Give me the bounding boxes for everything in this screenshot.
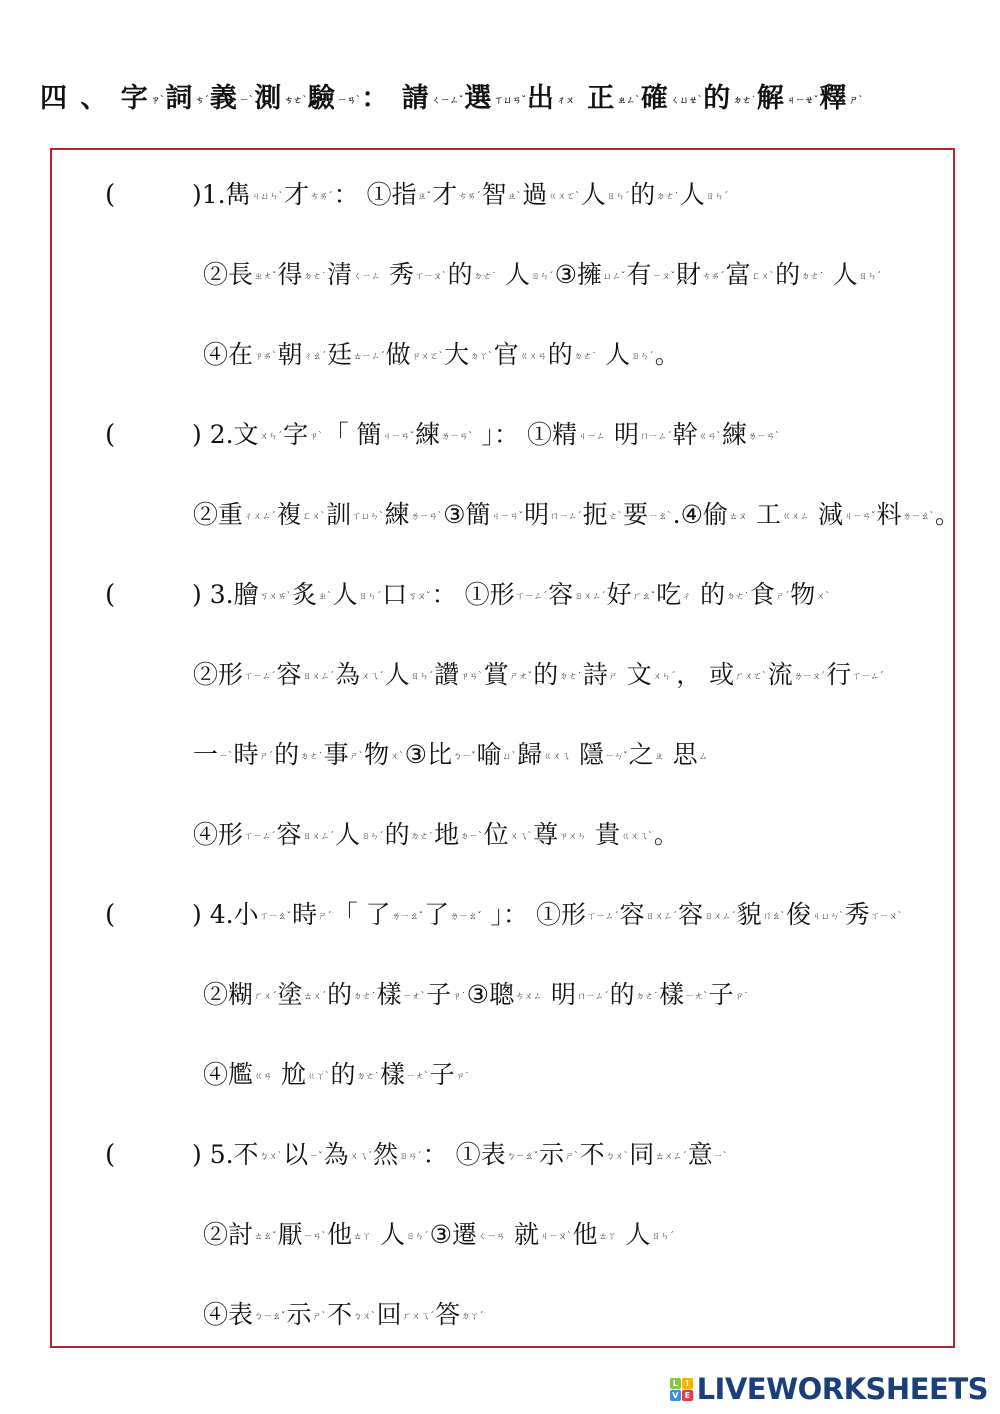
liveworksheets-logo-icon: L I V E	[670, 1378, 693, 1401]
zhuyin-annotation: ㄅㄧㄠˇ	[507, 1152, 539, 1162]
zhuyin-annotation: ㄇㄧㄥˊ	[550, 512, 582, 522]
zhuyin-annotation: ㄘㄞˊ	[458, 192, 481, 202]
zhuyin-annotation: ㄒㄧㄡˋ	[415, 272, 447, 282]
zhuyin-annotation: ㄗ˙	[456, 1072, 470, 1082]
zhuyin-annotation: ㄍㄨㄛˋ	[548, 192, 580, 202]
zhuyin-annotation: ㄗㄨㄛˋ	[412, 352, 444, 362]
zhuyin-annotation: ㄨㄟˋ	[510, 832, 533, 842]
question-4-options-line-3: ④尷ㄍㄢ 尬ㄍㄚˋ的ㄉㄜ˙樣ㄧㄤˋ子ㄗ˙	[203, 1058, 470, 1094]
zhuyin-annotation: ㄖㄢˊ	[399, 1152, 422, 1162]
question-5-options-line-2: ②討ㄊㄠˇ厭ㄧㄢˋ他ㄊㄚ 人ㄖㄣˊ③遷ㄑㄧㄢ 就ㄐㄧㄡˋ他ㄊㄚ 人ㄖㄣˊ	[203, 1218, 675, 1254]
zhuyin-annotation: ㄖㄣˊ	[531, 272, 554, 282]
zhuyin-annotation: ㄒㄧㄡˋ	[871, 912, 903, 922]
zhuyin-annotation: ㄇㄠˋ	[763, 912, 786, 922]
zhuyin-annotation: ㄨˋ	[390, 752, 404, 762]
zhuyin-annotation: ㄖㄣˊ	[359, 592, 382, 602]
zhuyin-annotation: ㄒㄩㄣˋ	[352, 512, 384, 522]
zhuyin-annotation: ㄌㄧㄢˋ	[411, 512, 443, 522]
answer-input-3[interactable]	[120, 578, 194, 614]
zhuyin-annotation: ㄖㄣˊ	[361, 832, 384, 842]
zhuyin-annotation: ㄘㄞˊ	[702, 272, 725, 282]
zhuyin-annotation: ㄖㄨㄥˊ	[303, 832, 335, 842]
zhuyin-annotation: ㄒㄧㄥˊ	[244, 672, 276, 682]
zhuyin-annotation: ㄒㄧㄥˊ	[244, 832, 276, 842]
question-3-options-line-3: 一ㄧˋ時ㄕˊ的ㄉㄜ˙事ㄕˋ物ㄨˋ③比ㄅㄧˇ喻ㄩˋ歸ㄍㄨㄟ 隱ㄧㄣˇ之ㄓ 思ㄙ	[193, 738, 709, 774]
zhuyin-annotation: ㄊㄨˊ	[304, 992, 327, 1002]
question-5-stem: ) 5.不ㄅㄨˋ以ㄧˇ為ㄨㄟˊ然ㄖㄢˊ： ①表ㄅㄧㄠˇ示ㄕˋ不ㄅㄨˋ同ㄊㄨㄥˊ意…	[192, 1138, 728, 1174]
question-1-options-line-2: ②長ㄓㄤˇ得ㄉㄜ˙清ㄑㄧㄥ 秀ㄒㄧㄡˋ的ㄉㄜ˙ 人ㄖㄣˊ③擁ㄩㄥˇ有ㄧㄡˇ財ㄘㄞ…	[203, 258, 882, 294]
question-4-options-line-2: ②糊ㄏㄨˊ塗ㄊㄨˊ的ㄉㄜ˙樣ㄧㄤˋ子ㄗ˙③聰ㄘㄨㄥ 明ㄇㄧㄥˊ的ㄉㄜ˙樣ㄧㄤˋ子…	[203, 978, 749, 1014]
zhuyin-annotation: ㄘㄨㄥ	[515, 992, 542, 1002]
zhuyin-annotation: ㄔㄨㄥˊ	[244, 512, 276, 522]
zhuyin-annotation: ㄏㄠˇ	[633, 592, 656, 602]
answer-paren-4: (	[105, 898, 115, 932]
zhuyin-annotation: ㄖㄣˊ	[411, 672, 434, 682]
zhuyin-annotation: ㄕˋ	[565, 1152, 579, 1162]
zhuyin-annotation: ㄇㄧㄥˊ	[640, 432, 672, 442]
zhuyin-annotation: ㄉㄜ˙	[300, 752, 323, 762]
zhuyin-annotation: ㄒㄧㄥˊ	[516, 592, 548, 602]
zhuyin-annotation: ㄍㄨㄟˋ	[621, 832, 653, 842]
zhuyin-annotation: ㄌㄧㄠˋ	[902, 512, 934, 522]
zhuyin-annotation: ㄅㄧˇ	[453, 752, 476, 762]
zhuyin-annotation: ㄔㄠˊ	[304, 352, 327, 362]
zhuyin-annotation: ㄉㄚˋ	[470, 352, 493, 362]
zhuyin-annotation: ㄖㄨㄥˊ	[303, 672, 335, 682]
zhuyin-annotation: ㄩˋ	[503, 752, 517, 762]
zhuyin-annotation: ㄕˊ	[318, 912, 332, 922]
answer-paren-2: (	[105, 418, 115, 452]
zhuyin-annotation: ㄓˋ	[508, 192, 522, 202]
logo-tile-i: I	[682, 1378, 693, 1389]
answer-input-4[interactable]	[120, 898, 194, 934]
zhuyin-annotation: ㄧㄠˋ	[649, 512, 672, 522]
zhuyin-annotation: ㄉㄜ˙	[636, 992, 659, 1002]
zhuyin-annotation: ㄩㄥˇ	[603, 272, 626, 282]
zhuyin-annotation: ㄖㄣˊ	[406, 1232, 429, 1242]
zhuyin-annotation: ㄍㄨㄢ	[520, 352, 547, 362]
zhuyin-annotation: ㄉㄜ˙	[304, 272, 327, 282]
question-3-stem: ) 3.膾ㄎㄨㄞˋ炙ㄓˋ人ㄖㄣˊ口ㄎㄡˇ： ①形ㄒㄧㄥˊ容ㄖㄨㄥˊ好ㄏㄠˇ吃ㄔ …	[192, 578, 831, 614]
zhuyin-annotation: ㄈㄨˋ	[752, 272, 775, 282]
zhuyin-annotation: ㄗˋ	[309, 432, 323, 442]
zhuyin-annotation: ㄙ	[699, 752, 708, 762]
answer-input-1[interactable]	[120, 178, 194, 214]
zhuyin-annotation: ㄧˋ	[219, 752, 233, 762]
zhuyin-annotation: ㄗ˙	[452, 992, 466, 1002]
zhuyin-annotation: ㄐㄧㄝˇ	[787, 96, 819, 106]
zhuyin-annotation: ㄅㄨˋ	[260, 1152, 283, 1162]
zhuyin-annotation: ㄉㄚˊ	[461, 1312, 484, 1322]
zhuyin-annotation: ㄖㄨㄥˊ	[704, 912, 736, 922]
liveworksheets-brand: L I V E LIVEWORKSHEETS	[670, 1372, 988, 1406]
zhuyin-annotation: ㄉㄜ˙	[559, 672, 582, 682]
zhuyin-annotation: ㄏㄨˊ	[254, 992, 277, 1002]
logo-tile-l: L	[670, 1378, 681, 1389]
zhuyin-annotation: ㄐㄧㄥ	[578, 432, 605, 442]
zhuyin-annotation: ㄨㄣˊ	[653, 672, 676, 682]
zhuyin-annotation: ㄍㄢ	[254, 1072, 272, 1082]
zhuyin-annotation: ㄓˇ	[418, 192, 432, 202]
question-1-options-line-3: ④在ㄗㄞˋ朝ㄔㄠˊ廷ㄊㄧㄥˊ做ㄗㄨㄛˋ大ㄉㄚˋ官ㄍㄨㄢ的ㄉㄜ˙ 人ㄖㄣˊ。	[203, 338, 680, 374]
zhuyin-annotation: ㄨㄟˊ	[350, 1152, 373, 1162]
zhuyin-annotation: ㄉㄜ˙	[353, 992, 376, 1002]
zhuyin-annotation: ㄘㄞˊ	[310, 192, 333, 202]
zhuyin-annotation: ㄕㄤˇ	[510, 672, 533, 682]
brand-text: LIVEWORKSHEETS	[697, 1372, 988, 1406]
zhuyin-annotation: ㄉㄧˋ	[460, 832, 483, 842]
zhuyin-annotation: ㄕˋ	[849, 96, 863, 106]
zhuyin-annotation: ㄑㄧㄥˇ	[432, 96, 464, 106]
zhuyin-annotation: ㄊㄡ	[729, 512, 747, 522]
zhuyin-annotation: ㄉㄜ˙	[574, 352, 597, 362]
zhuyin-annotation: ㄗㄢˋ	[460, 672, 483, 682]
zhuyin-annotation: ㄅㄧㄠˇ	[254, 1312, 286, 1322]
question-1-stem: )1.雋ㄐㄩㄣˋ才ㄘㄞˊ： ①指ㄓˇ才ㄘㄞˊ智ㄓˋ過ㄍㄨㄛˋ人ㄖㄣˊ的ㄉㄜ˙人ㄖ…	[192, 178, 729, 214]
zhuyin-annotation: ㄏㄨㄛˋ	[735, 672, 767, 682]
zhuyin-annotation: ㄖㄨㄥˊ	[574, 592, 606, 602]
zhuyin-annotation: ㄉㄜ˙	[726, 592, 749, 602]
zhuyin-annotation: ㄗ˙	[735, 992, 749, 1002]
zhuyin-annotation: ㄕˋ	[313, 1312, 327, 1322]
zhuyin-annotation: ㄒㄩㄢˇ	[494, 96, 526, 106]
zhuyin-annotation: ㄉㄜ˙	[801, 272, 824, 282]
zhuyin-annotation: ㄖㄣˊ	[859, 272, 882, 282]
zhuyin-annotation: ㄧˋ	[714, 1152, 728, 1162]
zhuyin-annotation: ㄊㄠˇ	[254, 1232, 277, 1242]
zhuyin-annotation: ㄅㄨˋ	[353, 1312, 376, 1322]
zhuyin-annotation: ㄐㄩㄣˋ	[252, 192, 284, 202]
zhuyin-annotation: ㄓㄥˋ	[617, 96, 640, 106]
zhuyin-annotation: ㄕˊ	[260, 752, 274, 762]
zhuyin-annotation: ㄧㄢˋ	[338, 96, 361, 106]
zhuyin-annotation: ㄉㄜ˙	[411, 832, 434, 842]
zhuyin-annotation: ㄒㄧㄥˊ	[852, 672, 884, 682]
zhuyin-annotation: ㄉㄜ˙	[733, 96, 756, 106]
zhuyin-annotation: ㄊㄚ	[598, 1232, 616, 1242]
zhuyin-annotation: ㄌㄧㄢˋ	[441, 432, 473, 442]
answer-paren-3: (	[105, 578, 115, 612]
zhuyin-annotation: ㄑㄩㄝˋ	[671, 96, 703, 106]
zhuyin-annotation: ㄓㄤˇ	[254, 272, 277, 282]
zhuyin-annotation: ㄧㄤˋ	[403, 992, 426, 1002]
zhuyin-annotation: ㄜˋ	[609, 512, 623, 522]
zhuyin-annotation: ㄅㄨˋ	[606, 1152, 629, 1162]
zhuyin-annotation: ㄌㄧㄢˋ	[748, 432, 780, 442]
zhuyin-annotation: ㄐㄧㄢˇ	[844, 512, 876, 522]
zhuyin-annotation: ㄗㄨㄣ	[559, 832, 586, 842]
zhuyin-annotation: ㄖㄣˊ	[706, 192, 729, 202]
zhuyin-annotation: ㄧㄡˇ	[653, 272, 676, 282]
zhuyin-annotation: ㄊㄧㄥˊ	[353, 352, 385, 362]
logo-tile-v: V	[670, 1390, 681, 1401]
zhuyin-annotation: ㄘˊ	[195, 96, 209, 106]
question-2-options-line-2: ②重ㄔㄨㄥˊ複ㄈㄨˋ訓ㄒㄩㄣˋ練ㄌㄧㄢˋ③簡ㄐㄧㄢˇ明ㄇㄧㄥˊ扼ㄜˋ要ㄧㄠˋ.④…	[193, 498, 960, 534]
zhuyin-annotation: ㄇㄧㄥˊ	[577, 992, 609, 1002]
zhuyin-annotation: ㄉㄜ˙	[357, 1072, 380, 1082]
answer-paren-1: (	[105, 178, 115, 212]
zhuyin-annotation: ㄗˋ	[151, 96, 165, 106]
zhuyin-annotation: ㄘㄜˋ	[284, 96, 307, 106]
zhuyin-annotation: ㄐㄧㄢˇ	[383, 432, 415, 442]
zhuyin-annotation: ㄔ	[682, 592, 691, 602]
logo-tile-e: E	[682, 1390, 693, 1401]
zhuyin-annotation: ㄨㄣˊ	[260, 432, 283, 442]
zhuyin-annotation: ㄎㄡˇ	[408, 592, 431, 602]
question-4-stem: ) 4.小ㄒㄧㄠˇ時ㄕˊ「 了ㄌㄧㄠˇ了ㄌㄧㄠˇ 」： ①形ㄒㄧㄥˊ容ㄖㄨㄥˊ容…	[192, 898, 903, 934]
zhuyin-annotation: ㄉㄜ˙	[474, 272, 497, 282]
page-title: 四 、 字ㄗˋ詞ㄘˊ義ㄧˋ測ㄘㄜˋ驗ㄧㄢˋ： 請ㄑㄧㄥˇ選ㄒㄩㄢˇ出ㄔㄨ 正ㄓㄥ…	[40, 76, 864, 115]
zhuyin-annotation: ㄍㄨㄥ	[782, 512, 809, 522]
zhuyin-annotation: ㄊㄨㄥˊ	[655, 1152, 687, 1162]
zhuyin-annotation: ㄔㄨ	[557, 96, 575, 106]
zhuyin-annotation: ㄒㄧㄠˇ	[260, 912, 292, 922]
zhuyin-annotation: ㄌㄧㄡˊ	[794, 672, 826, 682]
answer-input-2[interactable]	[120, 418, 194, 454]
zhuyin-annotation: ㄕˋ	[350, 752, 364, 762]
zhuyin-annotation: ㄖㄣˊ	[651, 1232, 674, 1242]
zhuyin-annotation: ㄏㄨㄟˊ	[403, 1312, 435, 1322]
zhuyin-annotation: ㄐㄧㄢˇ	[492, 512, 524, 522]
zhuyin-annotation: ㄕ	[609, 672, 618, 682]
zhuyin-annotation: ㄨㄟˊ	[361, 672, 384, 682]
zhuyin-annotation: ㄨˋ	[816, 592, 830, 602]
zhuyin-annotation: ㄖㄣˊ	[607, 192, 630, 202]
zhuyin-annotation: ㄧㄤˋ	[406, 1072, 429, 1082]
zhuyin-annotation: ㄈㄨˋ	[303, 512, 326, 522]
zhuyin-annotation: ㄍㄢˋ	[699, 432, 722, 442]
zhuyin-annotation: ㄗㄞˋ	[254, 352, 277, 362]
zhuyin-annotation: ㄊㄚ	[353, 1232, 371, 1242]
zhuyin-annotation: ㄕˊ	[776, 592, 790, 602]
zhuyin-annotation: ㄌㄧㄠˇ	[392, 912, 424, 922]
zhuyin-annotation: ㄐㄧㄡˋ	[540, 1232, 572, 1242]
zhuyin-annotation: ㄍㄚˋ	[307, 1072, 330, 1082]
zhuyin-annotation: ㄧㄢˋ	[304, 1232, 327, 1242]
zhuyin-annotation: ㄍㄨㄟ	[543, 752, 570, 762]
zhuyin-annotation: ㄧˋ	[240, 96, 254, 106]
zhuyin-annotation: ㄧㄣˇ	[605, 752, 628, 762]
zhuyin-annotation: ㄓˋ	[318, 592, 332, 602]
question-3-options-line-4: ④形ㄒㄧㄥˊ容ㄖㄨㄥˊ人ㄖㄣˊ的ㄉㄜ˙地ㄉㄧˋ位ㄨㄟˋ尊ㄗㄨㄣ 貴ㄍㄨㄟˋ。	[193, 818, 679, 854]
answer-input-5[interactable]	[120, 1138, 194, 1174]
zhuyin-annotation: ㄖㄣˊ	[631, 352, 654, 362]
zhuyin-annotation: ㄐㄩㄣˋ	[812, 912, 844, 922]
question-3-options-line-2: ②形ㄒㄧㄥˊ容ㄖㄨㄥˊ為ㄨㄟˊ人ㄖㄣˊ讚ㄗㄢˋ賞ㄕㄤˇ的ㄉㄜ˙詩ㄕ 文ㄨㄣˊ， …	[193, 658, 885, 694]
zhuyin-annotation: ㄎㄨㄞˋ	[260, 592, 292, 602]
question-2-stem: ) 2.文ㄨㄣˊ字ㄗˋ「 簡ㄐㄧㄢˇ練ㄌㄧㄢˋ 」： ①精ㄐㄧㄥ 明ㄇㄧㄥˊ幹ㄍ…	[192, 418, 781, 454]
zhuyin-annotation: ㄓ	[655, 752, 664, 762]
zhuyin-annotation: ㄧㄤˋ	[685, 992, 708, 1002]
zhuyin-annotation: ㄧˇ	[309, 1152, 323, 1162]
answer-paren-5: (	[105, 1138, 115, 1172]
zhuyin-annotation: ㄒㄧㄥˊ	[587, 912, 619, 922]
zhuyin-annotation: ㄌㄧㄠˇ	[450, 912, 482, 922]
question-5-options-line-3: ④表ㄅㄧㄠˇ示ㄕˋ不ㄅㄨˋ回ㄏㄨㄟˊ答ㄉㄚˊ	[203, 1298, 485, 1334]
zhuyin-annotation: ㄑㄧㄢ	[478, 1232, 505, 1242]
zhuyin-annotation: ㄑㄧㄥ	[353, 272, 380, 282]
zhuyin-annotation: ㄖㄨㄥˊ	[646, 912, 678, 922]
zhuyin-annotation: ㄉㄜ˙	[656, 192, 679, 202]
